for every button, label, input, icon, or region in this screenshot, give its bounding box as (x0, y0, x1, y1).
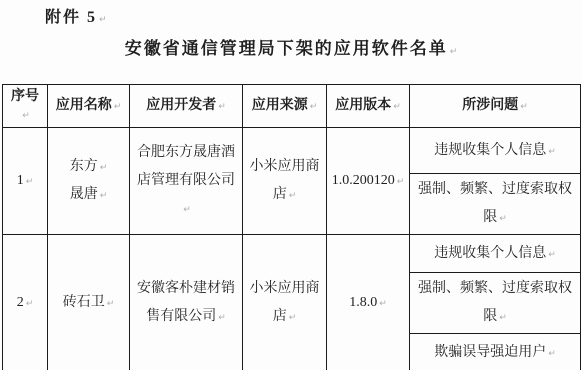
paragraph-mark-icon: ↵ (107, 299, 115, 309)
issue-cell: 违规收集个人信息↵ (410, 128, 581, 174)
column-header-version: 应用版本↵ (327, 85, 410, 128)
issue-cell: 欺骗误导强迫用户↵ (410, 334, 581, 370)
paragraph-mark-icon: ↵ (310, 102, 318, 112)
paragraph-mark-icon: ↵ (218, 313, 226, 323)
source-cell: 小米应用商店↵ (243, 128, 327, 235)
paragraph-mark-icon: ↵ (114, 102, 122, 112)
cell-paragraph: 2↵ (7, 289, 43, 317)
paragraph-mark-icon: ↵ (26, 299, 34, 309)
paragraph-mark-icon: ↵ (393, 102, 401, 112)
header-row: 序号↵应用名称↵应用开发者↵应用来源↵应用版本↵所涉问题↵ (3, 85, 581, 128)
cell-paragraph: 应用开发者↵ (134, 97, 238, 115)
cell-paragraph: 应用名称↵ (52, 97, 125, 115)
attachment-label: 附件 5↵ (45, 4, 107, 27)
issue-cell: 强制、频繁、过度索取权限↵ (410, 273, 581, 334)
cell-paragraph: 强制、频繁、过度索取权限↵ (414, 275, 576, 331)
paragraph-mark-icon: ↵ (22, 111, 30, 121)
cell-paragraph: 1.8.0↵ (331, 289, 405, 317)
table-row: 1↵东方↵晟唐↵合肥东方晟唐酒店管理有限公司↵小米应用商店↵1.0.200120… (3, 128, 581, 174)
version-cell: 1.8.0↵ (327, 235, 410, 370)
paragraph-mark-icon: ↵ (99, 15, 107, 25)
paragraph-mark-icon: ↵ (548, 147, 556, 157)
version-cell: 1.0.200120↵ (327, 128, 410, 235)
cell-paragraph: 欺骗误导强迫用户↵ (414, 339, 576, 367)
paragraph-mark-icon: ↵ (100, 191, 108, 201)
cell-paragraph: 小米应用商店↵ (247, 275, 322, 331)
cell-paragraph: 东方↵ (52, 153, 125, 181)
developer-cell: 合肥东方晟唐酒店管理有限公司↵ (130, 128, 243, 235)
cell-paragraph: 违规收集个人信息↵ (414, 137, 576, 165)
column-header-issues: 所涉问题↵ (410, 85, 581, 128)
paragraph-mark-icon: ↵ (289, 191, 297, 201)
source-cell: 小米应用商店↵ (243, 235, 327, 370)
issue-cell: 违规收集个人信息↵ (410, 235, 581, 273)
cell-paragraph: 合肥东方晟唐酒店管理有限公司↵ (134, 139, 238, 223)
cell-paragraph: 小米应用商店↵ (247, 153, 322, 209)
cell-paragraph: 安徽客朴建材销售有限公司↵ (134, 275, 238, 331)
cell-paragraph: 砖石卫↵ (52, 289, 125, 317)
paragraph-mark-icon: ↵ (499, 214, 507, 224)
paragraph-mark-icon: ↵ (100, 163, 108, 173)
page-title-text: 安徽省通信管理局下架的应用软件名单 (125, 39, 448, 58)
attachment-label-text: 附件 5 (45, 9, 97, 26)
column-header-source: 应用来源↵ (243, 85, 327, 128)
column-header-app-name: 应用名称↵ (48, 85, 130, 128)
paragraph-mark-icon: ↵ (450, 47, 458, 57)
cell-paragraph: 1↵ (7, 167, 43, 195)
app-removal-table: 序号↵应用名称↵应用开发者↵应用来源↵应用版本↵所涉问题↵ 1↵东方↵晟唐↵合肥… (2, 84, 581, 370)
app-name-cell: 砖石卫↵ (48, 235, 130, 370)
paragraph-mark-icon: ↵ (183, 205, 191, 215)
paragraph-mark-icon: ↵ (548, 349, 556, 359)
paragraph-mark-icon: ↵ (379, 299, 387, 309)
document-page: 附件 5↵ 安徽省通信管理局下架的应用软件名单↵ 序号↵应用名称↵应用开发者↵应… (0, 0, 582, 370)
row-index-cell: 2↵ (3, 235, 48, 370)
page-title: 安徽省通信管理局下架的应用软件名单↵ (0, 34, 582, 59)
cell-paragraph: 违规收集个人信息↵ (414, 240, 576, 268)
paragraph-mark-icon: ↵ (26, 177, 34, 187)
paragraph-mark-icon: ↵ (218, 102, 226, 112)
cell-paragraph: 序号↵ (7, 88, 43, 124)
table-body: 1↵东方↵晟唐↵合肥东方晟唐酒店管理有限公司↵小米应用商店↵1.0.200120… (3, 128, 581, 370)
cell-paragraph: 应用版本↵ (331, 97, 405, 115)
cell-paragraph: 1.0.200120↵ (331, 167, 405, 195)
developer-cell: 安徽客朴建材销售有限公司↵ (130, 235, 243, 370)
table-row: 2↵砖石卫↵安徽客朴建材销售有限公司↵小米应用商店↵1.8.0↵违规收集个人信息… (3, 235, 581, 273)
paragraph-mark-icon: ↵ (289, 313, 297, 323)
column-header-index: 序号↵ (3, 85, 48, 128)
cell-paragraph: 强制、频繁、过度索取权限↵ (414, 176, 576, 232)
paragraph-mark-icon: ↵ (548, 250, 556, 260)
paragraph-mark-icon: ↵ (397, 177, 405, 187)
cell-paragraph: 应用来源↵ (247, 97, 322, 115)
cell-paragraph: 所涉问题↵ (414, 97, 576, 115)
issue-cell: 强制、频繁、过度索取权限↵ (410, 174, 581, 235)
app-name-cell: 东方↵晟唐↵ (48, 128, 130, 235)
row-index-cell: 1↵ (3, 128, 48, 235)
cell-paragraph: 晟唐↵ (52, 181, 125, 209)
paragraph-mark-icon: ↵ (520, 102, 528, 112)
paragraph-mark-icon: ↵ (499, 313, 507, 323)
table-header: 序号↵应用名称↵应用开发者↵应用来源↵应用版本↵所涉问题↵ (3, 85, 581, 128)
column-header-developer: 应用开发者↵ (130, 85, 243, 128)
